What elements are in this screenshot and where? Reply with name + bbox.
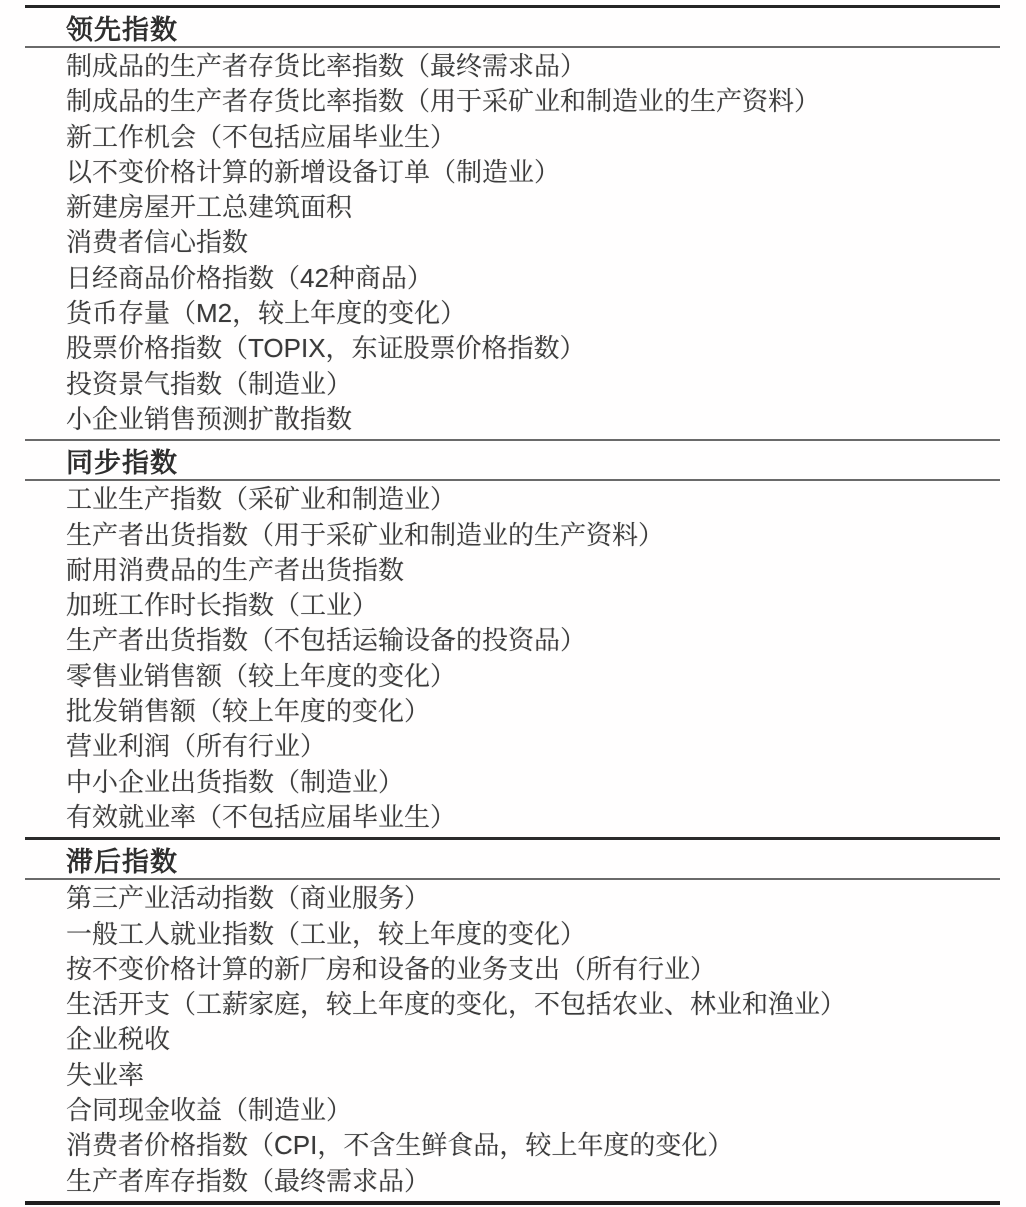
section-coincident: 同步指数工业生产指数（采矿业和制造业）生产者出货指数（用于采矿业和制造业的生产资… xyxy=(25,439,1000,837)
section-items-coincident: 工业生产指数（采矿业和制造业）生产者出货指数（用于采矿业和制造业的生产资料）耐用… xyxy=(25,481,1000,837)
page: 领先指数制成品的生产者存货比率指数（最终需求品）制成品的生产者存货比率指数（用于… xyxy=(0,0,1026,1207)
table-row: 以不变价格计算的新增设备订单（制造业） xyxy=(25,155,1000,190)
table-row: 合同现金收益（制造业） xyxy=(25,1093,1000,1128)
table-row: 企业税收 xyxy=(25,1022,1000,1057)
table-row: 制成品的生产者存货比率指数（最终需求品） xyxy=(25,49,1000,84)
table-row: 加班工作时长指数（工业） xyxy=(25,588,1000,623)
table-row: 生活开支（工薪家庭，较上年度的变化，不包括农业、林业和渔业） xyxy=(25,987,1000,1022)
table-row: 新建房屋开工总建筑面积 xyxy=(25,190,1000,225)
table-row: 股票价格指数（TOPIX，东证股票价格指数） xyxy=(25,331,1000,366)
section-header-lagging: 滞后指数 xyxy=(25,840,1000,880)
section-leading: 领先指数制成品的生产者存货比率指数（最终需求品）制成品的生产者存货比率指数（用于… xyxy=(25,8,1000,439)
table-row: 投资景气指数（制造业） xyxy=(25,367,1000,402)
table-row: 日经商品价格指数（42种商品） xyxy=(25,261,1000,296)
table-row: 生产者出货指数（不包括运输设备的投资品） xyxy=(25,623,1000,658)
table-row: 耐用消费品的生产者出货指数 xyxy=(25,553,1000,588)
table-row: 生产者库存指数（最终需求品） xyxy=(25,1164,1000,1199)
table-row: 制成品的生产者存货比率指数（用于采矿业和制造业的生产资料） xyxy=(25,84,1000,119)
table-row: 零售业销售额（较上年度的变化） xyxy=(25,659,1000,694)
table-row: 一般工人就业指数（工业，较上年度的变化） xyxy=(25,917,1000,952)
section-header-coincident: 同步指数 xyxy=(25,441,1000,481)
table-row: 有效就业率（不包括应届毕业生） xyxy=(25,800,1000,835)
section-items-leading: 制成品的生产者存货比率指数（最终需求品）制成品的生产者存货比率指数（用于采矿业和… xyxy=(25,48,1000,439)
table-row: 生产者出货指数（用于采矿业和制造业的生产资料） xyxy=(25,518,1000,553)
table-row: 小企业销售预测扩散指数 xyxy=(25,402,1000,437)
table-row: 失业率 xyxy=(25,1058,1000,1093)
table-row: 消费者价格指数（CPI，不含生鲜食品，较上年度的变化） xyxy=(25,1128,1000,1163)
table-row: 新工作机会（不包括应届毕业生） xyxy=(25,120,1000,155)
table-row: 按不变价格计算的新厂房和设备的业务支出（所有行业） xyxy=(25,952,1000,987)
economic-indicator-table: 领先指数制成品的生产者存货比率指数（最终需求品）制成品的生产者存货比率指数（用于… xyxy=(25,5,1000,1205)
section-items-lagging: 第三产业活动指数（商业服务）一般工人就业指数（工业，较上年度的变化）按不变价格计… xyxy=(25,880,1000,1201)
section-lagging: 滞后指数第三产业活动指数（商业服务）一般工人就业指数（工业，较上年度的变化）按不… xyxy=(25,837,1000,1201)
table-row: 批发销售额（较上年度的变化） xyxy=(25,694,1000,729)
table-row: 营业利润（所有行业） xyxy=(25,729,1000,764)
table-row: 工业生产指数（采矿业和制造业） xyxy=(25,482,1000,517)
table-row: 消费者信心指数 xyxy=(25,225,1000,260)
table-row: 货币存量（M2，较上年度的变化） xyxy=(25,296,1000,331)
table-row: 中小企业出货指数（制造业） xyxy=(25,765,1000,800)
section-header-leading: 领先指数 xyxy=(25,8,1000,48)
table-row: 第三产业活动指数（商业服务） xyxy=(25,881,1000,916)
